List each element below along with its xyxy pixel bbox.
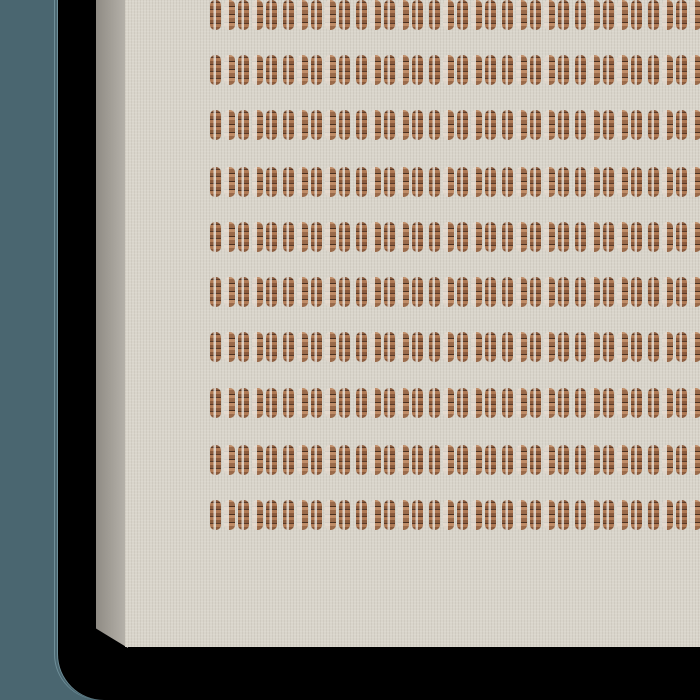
slit [516,55,527,85]
slit [603,500,614,530]
slit-group [210,0,277,30]
slit-group [575,500,642,530]
slit [339,388,350,418]
slit-group [648,445,700,475]
slit [238,167,249,197]
slit [398,332,409,362]
slit [238,445,249,475]
slit-group [575,167,642,197]
slit [631,222,642,252]
slit [485,332,496,362]
slit [443,110,454,140]
slit-group [648,222,700,252]
slit [485,500,496,530]
slit [690,222,700,252]
slit [238,277,249,307]
slit-group [210,388,277,418]
slit [575,110,586,140]
slit [648,0,659,30]
slit [589,55,600,85]
slit [384,222,395,252]
slit-group [356,445,423,475]
slit [617,167,628,197]
weave-row [210,55,700,85]
slit-group [283,388,350,418]
slit-group [575,0,642,30]
slit-group [502,277,569,307]
slit [224,222,235,252]
slit-group [575,222,642,252]
slit [530,0,541,30]
slit [676,55,687,85]
slit [502,222,513,252]
slit-group [210,277,277,307]
slit [252,110,263,140]
slit [502,55,513,85]
slit [558,388,569,418]
slit [429,110,440,140]
slit [558,55,569,85]
slit [297,500,308,530]
slit [558,500,569,530]
slit-group [648,110,700,140]
slit [617,0,628,30]
slit [603,277,614,307]
slit [283,388,294,418]
slit [631,110,642,140]
slit [283,167,294,197]
slit-group [502,388,569,418]
rug-surface [125,0,700,647]
slit-group [283,167,350,197]
slit [356,110,367,140]
slit [238,388,249,418]
slit [617,110,628,140]
slit [589,277,600,307]
slit [575,222,586,252]
slit [676,167,687,197]
slit [485,55,496,85]
slit [370,55,381,85]
slit [530,55,541,85]
slit-group [648,55,700,85]
slit [662,167,673,197]
slit [690,332,700,362]
slit [502,167,513,197]
slit [370,388,381,418]
slit [325,445,336,475]
slit [283,110,294,140]
slit [297,55,308,85]
slit-group [429,332,496,362]
slit [648,167,659,197]
slit [648,110,659,140]
slit [502,332,513,362]
slit [443,167,454,197]
slit [648,388,659,418]
slit-group [356,55,423,85]
slit [558,167,569,197]
slit-group [210,110,277,140]
slit [252,0,263,30]
slit [589,0,600,30]
slit [662,445,673,475]
slit [690,110,700,140]
slit-group [356,222,423,252]
slit [398,500,409,530]
slit [443,55,454,85]
slit [648,500,659,530]
slit [325,55,336,85]
slit [603,388,614,418]
slit [662,222,673,252]
slit [429,0,440,30]
slit [384,167,395,197]
slit [516,445,527,475]
slit [339,110,350,140]
slit [648,277,659,307]
slit-group [356,110,423,140]
slit [589,332,600,362]
slit-group [210,167,277,197]
slit [575,277,586,307]
slit [311,332,322,362]
slit [575,55,586,85]
slit [210,222,221,252]
slit [530,388,541,418]
slit [676,222,687,252]
slit [210,55,221,85]
slit [398,388,409,418]
slit [297,332,308,362]
slit [544,167,555,197]
slit-group [356,0,423,30]
slit [339,55,350,85]
slit [429,167,440,197]
slit [631,445,642,475]
slit [471,222,482,252]
slit-group [210,55,277,85]
slit [502,500,513,530]
slit [339,167,350,197]
slit [311,500,322,530]
slit-group [502,0,569,30]
slit-group [575,445,642,475]
slit [631,388,642,418]
slit [589,388,600,418]
weave-row [210,500,700,530]
slit [457,277,468,307]
slit [603,222,614,252]
slit [502,445,513,475]
slit-group [429,445,496,475]
slit [662,500,673,530]
weave-row [210,167,700,197]
slit [283,0,294,30]
slit [370,277,381,307]
slit [544,222,555,252]
slit [443,0,454,30]
slit [266,110,277,140]
slit [311,222,322,252]
slit-group [356,277,423,307]
slit [210,500,221,530]
slit [339,500,350,530]
slit [412,55,423,85]
slit [471,167,482,197]
slit [457,167,468,197]
slit [443,332,454,362]
weave-row [210,388,700,418]
slit [398,277,409,307]
slit [283,55,294,85]
slit [603,167,614,197]
slit [603,55,614,85]
slit [603,0,614,30]
slit [429,277,440,307]
slit [457,110,468,140]
slit [384,277,395,307]
slit [398,0,409,30]
slit [648,332,659,362]
slit [516,500,527,530]
slit-group [429,55,496,85]
slit [339,277,350,307]
slit-group [429,500,496,530]
slit [429,332,440,362]
slit [384,445,395,475]
slit [210,388,221,418]
slit-group [356,500,423,530]
rug-side-edge [96,0,128,648]
slit [283,445,294,475]
slit [339,0,350,30]
slit [325,222,336,252]
slit [412,388,423,418]
slit [662,332,673,362]
slit [339,222,350,252]
slit [516,388,527,418]
slit [502,110,513,140]
slit [575,167,586,197]
slit-group [283,55,350,85]
slit [589,500,600,530]
slit [648,55,659,85]
slit-group [648,500,700,530]
slit-group [648,167,700,197]
slit [429,445,440,475]
weave-row [210,332,700,362]
slit [325,110,336,140]
slit-group [648,388,700,418]
slit [224,500,235,530]
slit [238,500,249,530]
slit [224,0,235,30]
slit [238,0,249,30]
slit [443,500,454,530]
slit [238,110,249,140]
slit [266,445,277,475]
slit [502,388,513,418]
slit [238,55,249,85]
slit-group [429,167,496,197]
slit [648,445,659,475]
slit [311,445,322,475]
slit-group [283,222,350,252]
weave-row [210,110,700,140]
slit [530,167,541,197]
slit [238,222,249,252]
slit [339,445,350,475]
slit [398,445,409,475]
slit [224,167,235,197]
slit [662,277,673,307]
slit [297,167,308,197]
slit [544,388,555,418]
slit-group [283,110,350,140]
slit [558,332,569,362]
slit [485,0,496,30]
slit [457,0,468,30]
slit [544,55,555,85]
slit [558,222,569,252]
slit [356,277,367,307]
slit [224,445,235,475]
slit [412,445,423,475]
slit [530,332,541,362]
slit [471,110,482,140]
slit [676,110,687,140]
slit-group [575,332,642,362]
slit-group [283,500,350,530]
slit-group [502,500,569,530]
slit [485,445,496,475]
slit [617,500,628,530]
slit-group [283,0,350,30]
slit [690,388,700,418]
slit [283,222,294,252]
slit [252,445,263,475]
slit [210,277,221,307]
slit [471,55,482,85]
slit [252,222,263,252]
slit-group [210,445,277,475]
slit [311,277,322,307]
slit-group [210,500,277,530]
slit [370,500,381,530]
slit [589,167,600,197]
slit [429,388,440,418]
slit [443,222,454,252]
slit-group [648,0,700,30]
slit [603,445,614,475]
slit [457,332,468,362]
slit [224,277,235,307]
weave-row [210,445,700,475]
slit [575,0,586,30]
slit-group [283,445,350,475]
slit [356,332,367,362]
weave-row [210,0,700,30]
slit [443,277,454,307]
slit [485,222,496,252]
slit [252,500,263,530]
slit [558,277,569,307]
slit [575,445,586,475]
slit [224,110,235,140]
slit-group [502,167,569,197]
slit [412,222,423,252]
slit [398,55,409,85]
slit [429,222,440,252]
slit [266,500,277,530]
slit [544,500,555,530]
slit [662,388,673,418]
slit [617,332,628,362]
slit-group [502,110,569,140]
slit [266,332,277,362]
slit [589,445,600,475]
slit [412,167,423,197]
slit-group [648,277,700,307]
slit [266,277,277,307]
slit [457,500,468,530]
slit [210,0,221,30]
slit [224,55,235,85]
slit [356,55,367,85]
slit-group [429,277,496,307]
slit [690,445,700,475]
slit [676,332,687,362]
slit [631,167,642,197]
slit [311,388,322,418]
slit-group [210,222,277,252]
slit [457,445,468,475]
slit [370,0,381,30]
slit [443,388,454,418]
slit [252,277,263,307]
slit [690,167,700,197]
slit-group [429,110,496,140]
slit [370,110,381,140]
slit [412,0,423,30]
slit [412,332,423,362]
slit [485,110,496,140]
slit [558,110,569,140]
slit-group [502,445,569,475]
slit [690,55,700,85]
slit [398,222,409,252]
slit [325,0,336,30]
slit [266,222,277,252]
slit [311,0,322,30]
slit [384,500,395,530]
slit [662,0,673,30]
slit [471,0,482,30]
slit [283,332,294,362]
slit [297,445,308,475]
slit-group [502,222,569,252]
slit [558,0,569,30]
slit [297,0,308,30]
slit [297,110,308,140]
slit [398,110,409,140]
slit [283,500,294,530]
slit [603,110,614,140]
slit-group [356,332,423,362]
slit [252,55,263,85]
slit [370,445,381,475]
